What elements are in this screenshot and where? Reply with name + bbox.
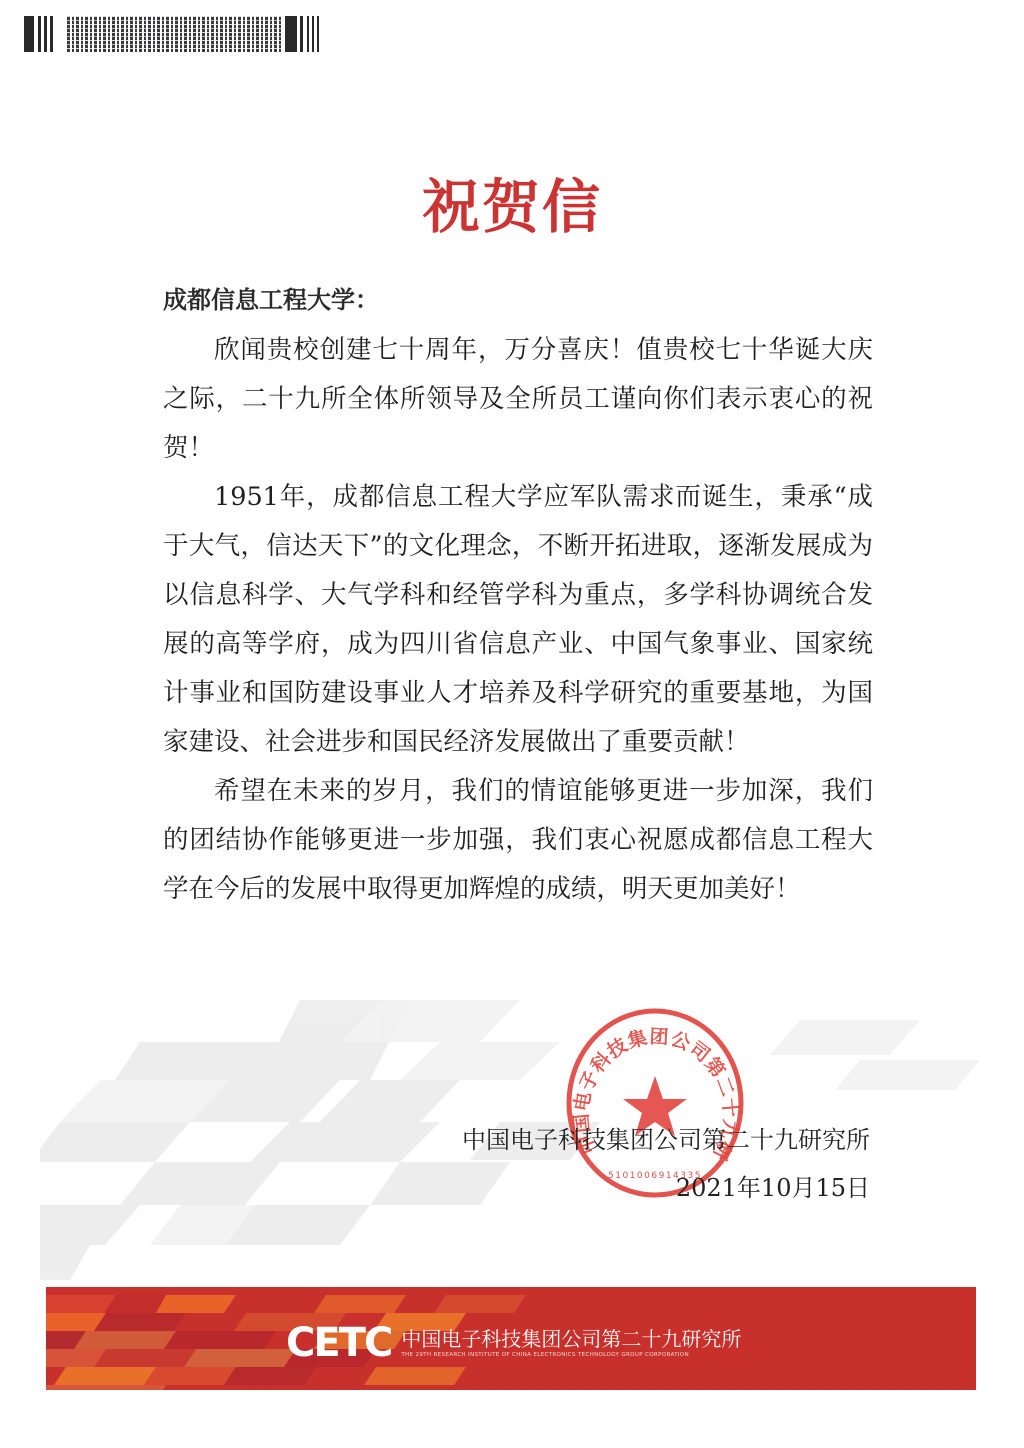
footer-org-en: THE 29TH RESEARCH INSTITUTE OF CHINA ELE…	[401, 1351, 741, 1359]
paragraph-1: 欣闻贵校创建七十周年，万分喜庆！值贵校七十华诞大庆之际，二十九所全体所领导及全所…	[163, 326, 873, 473]
signature-block: 中国电子科技集团公司第二十九研究所 2021年10月15日	[462, 1116, 870, 1212]
signature-date: 2021年10月15日	[462, 1164, 870, 1212]
paragraph-2: 1951年，成都信息工程大学应军队需求而诞生，秉承“成于大气，信达天下”的文化理…	[163, 473, 873, 767]
cetc-logo: CETC 中国电子科技集团公司第二十九研究所 THE 29TH RESEARCH…	[286, 1323, 741, 1363]
cetc-logo-mark: CETC	[286, 1323, 391, 1363]
paragraph-3: 希望在未来的岁月，我们的情谊能够更进一步加深，我们的团结协作能够更进一步加强，我…	[163, 767, 873, 914]
signature-organization: 中国电子科技集团公司第二十九研究所	[462, 1116, 870, 1164]
letter-body: 欣闻贵校创建七十周年，万分喜庆！值贵校七十华诞大庆之际，二十九所全体所领导及全所…	[163, 326, 873, 914]
footer-org-cn: 中国电子科技集团公司第二十九研究所	[401, 1327, 741, 1351]
salutation: 成都信息工程大学：	[163, 280, 379, 315]
barcode-icon	[24, 16, 326, 52]
footer-banner: CETC 中国电子科技集团公司第二十九研究所 THE 29TH RESEARCH…	[46, 1287, 976, 1390]
letter-title: 祝贺信	[0, 160, 1024, 244]
